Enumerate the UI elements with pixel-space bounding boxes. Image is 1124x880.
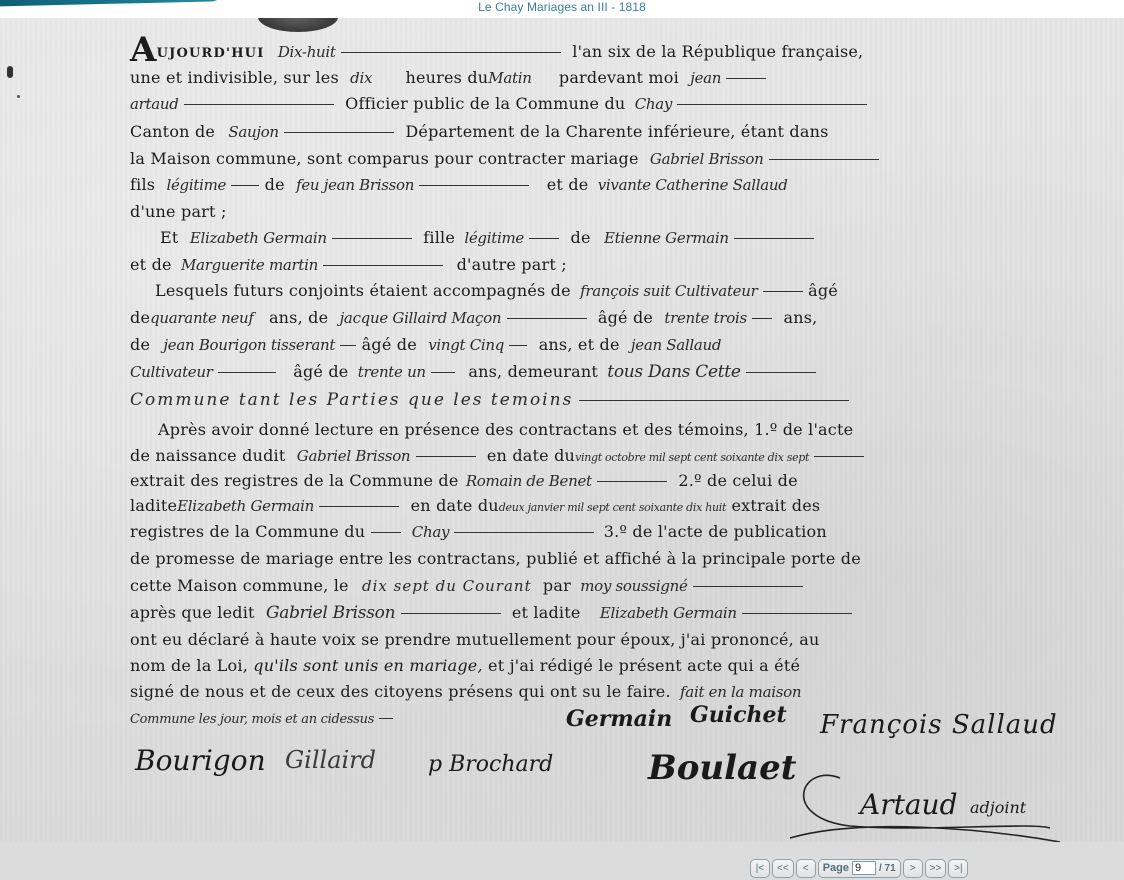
ink-blot [7, 66, 13, 78]
record-line: et de Marguerite martin d'autre part ; [130, 255, 567, 274]
record-line: fils légitime de feu jean Brisson et de … [130, 175, 788, 194]
record-line: nom de la Loi, qu'ils sont unis en maria… [130, 656, 800, 675]
signature-boulaet: Boulaet [648, 748, 796, 788]
pagination-bar: |< << < Page / 71 > >> >| [750, 858, 968, 878]
signature-flourish [780, 758, 1080, 842]
signature-francois-sallaud: François Sallaud [820, 710, 1058, 740]
signature-bourigon: Bourigon [135, 744, 266, 777]
last-page-button[interactable]: >| [948, 859, 968, 878]
record-line: signé de nous et de ceux des citoyens pr… [130, 682, 801, 701]
record-line: Et Elizabeth Germain fille légitime de E… [160, 228, 814, 247]
app-header: Le Chay Mariages an III - 1818 [0, 0, 1124, 18]
page-number-input[interactable] [852, 861, 876, 875]
record-line: laditeElizabeth Germain en date dudeux j… [130, 496, 820, 515]
record-line: ont eu déclaré à haute voix se prendre m… [130, 630, 820, 649]
record-line: Commune les jour, mois et an cidessus [130, 708, 393, 727]
record-line: de jean Bourigon tisserant âgé de vingt … [130, 335, 721, 354]
document-image-viewer[interactable]: AUJOURD'HUI Dix-huit l'an six de la Répu… [0, 18, 1124, 842]
ink-speck [17, 95, 20, 98]
record-line: après que ledit Gabriel Brisson et ladit… [130, 603, 852, 623]
record-line: de naissance dudit Gabriel Brisson en da… [130, 446, 864, 465]
record-line: registres de la Commune du Chay 3.º de l… [130, 522, 827, 541]
record-line: Lesquels futurs conjoints étaient accomp… [155, 281, 838, 300]
record-line: une et indivisible, sur les dix heures d… [130, 68, 766, 87]
previous-page-button[interactable]: < [796, 859, 816, 878]
page-label: Page [823, 862, 849, 874]
forward-ten-pages-button[interactable]: >> [925, 859, 947, 878]
page-title: Le Chay Mariages an III - 1818 [0, 0, 1124, 14]
record-line: artaud Officier public de la Commune du … [130, 94, 867, 113]
record-line: Commune tant les Parties que les temoins [130, 390, 849, 410]
page-selector: Page / 71 [818, 859, 901, 878]
record-line: Cultivateur âgé de trente un ans, demeur… [130, 362, 816, 382]
record-line: dequarante neuf ans, de jacque Gillaird … [130, 308, 817, 327]
record-line: Canton de Saujon Département de la Chare… [130, 122, 829, 141]
record-line: cette Maison commune, le dix sept du Cou… [130, 576, 803, 595]
record-line: la Maison commune, sont comparus pour co… [130, 149, 879, 168]
record-line: de promesse de mariage entre les contrac… [130, 549, 861, 568]
signature-gillaird: Gillaird [285, 746, 376, 774]
record-line: AUJOURD'HUI Dix-huit l'an six de la Répu… [130, 30, 863, 70]
record-line: Après avoir donné lecture en présence de… [158, 420, 853, 439]
signature-brochard: p Brochard [428, 752, 553, 777]
first-page-button[interactable]: |< [750, 859, 770, 878]
viewer-footer: |< << < Page / 71 > >> >| [0, 842, 1124, 880]
back-ten-pages-button[interactable]: << [772, 859, 794, 878]
next-page-button[interactable]: > [903, 859, 923, 878]
record-line: d'une part ; [130, 202, 227, 221]
page-total: / 71 [879, 863, 896, 874]
record-line: extrait des registres de la Commune de R… [130, 471, 798, 490]
signature-germain: Germain [566, 706, 672, 732]
signature-guichet: Guichet [690, 702, 787, 728]
